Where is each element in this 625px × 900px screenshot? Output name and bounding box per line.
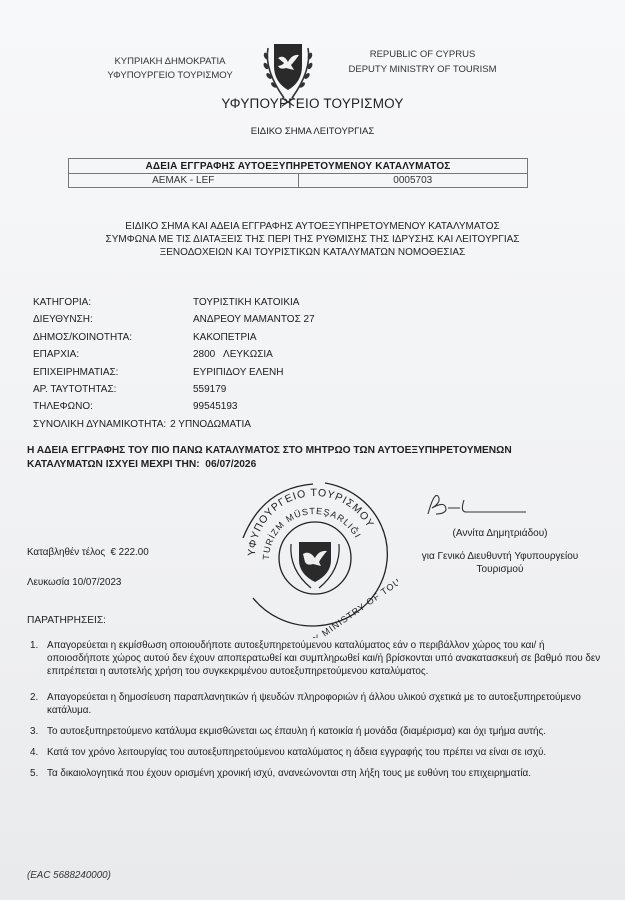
detail-value: 2 ΥΠΝΟΔΩΜΑΤΙΑ bbox=[170, 416, 251, 433]
detail-value: 2800 ΛΕΥΚΩΣΙΑ bbox=[193, 346, 273, 363]
remark-text: Το αυτοεξυπηρετούμενο κατάλυμα εκμισθώνε… bbox=[47, 725, 605, 738]
detail-row-operator: ΕΠΙΧΕΙΡΗΜΑΤΙΑΣ: ΕΥΡΙΠΙΔΟΥ ΕΛΕΝΗ bbox=[33, 364, 315, 381]
remark-text: Τα δικαιολογητικά που έχουν ορισμένη χρο… bbox=[47, 767, 605, 780]
document-subtitle: ΕΙΔΙΚΟ ΣΗΜΑ ΛΕΙΤΟΥΡΓΙΑΣ bbox=[0, 126, 625, 137]
signatory-role-line: Τουρισμού bbox=[380, 563, 620, 576]
validity-prefix: ΚΑΤΑΛΥΜΑΤΩΝ ΙΣΧΥΕΙ ΜΕΧΡΙ ΤΗΝ: bbox=[27, 459, 200, 470]
preamble-line: ΣΥΜΦΩΝΑ ΜΕ ΤΙΣ ΔΙΑΤΑΞΕΙΣ ΤΗΣ ΠΕΡΙ ΤΗΣ ΡΥ… bbox=[30, 233, 595, 246]
detail-label: ΕΠΙΧΕΙΡΗΜΑΤΙΑΣ: bbox=[33, 364, 193, 381]
detail-row-id-number: ΑΡ. ΤΑΥΤΟΤΗΤΑΣ: 559179 bbox=[33, 381, 315, 398]
detail-label: ΕΠΑΡΧΙΑ: bbox=[33, 346, 193, 363]
header-right-block: REPUBLIC OF CYPRUS DEPUTY MINISTRY OF TO… bbox=[330, 47, 515, 77]
fee-label: Καταβληθέν τέλος bbox=[27, 547, 105, 558]
preamble-line: ΕΙΔΙΚΟ ΣΗΜΑ ΚΑΙ ΑΔΕΙΑ ΕΓΓΡΑΦΗΣ ΑΥΤΟΕΞΥΠΗ… bbox=[30, 220, 595, 233]
detail-label: ΣΥΝΟΛΙΚΗ ΔΥΝΑΜΙΚΟΤΗΤΑ: bbox=[33, 416, 166, 433]
signatory-role: για Γενικό Διευθυντή Υφυπουργείου Τουρισ… bbox=[380, 550, 620, 576]
header-left-block: ΚΥΠΡΙΑΚΗ ΔΗΜΟΚΡΑΤΙΑ ΥΦΥΠΟΥΡΓΕΙΟ ΤΟΥΡΙΣΜΟ… bbox=[95, 55, 245, 83]
valid-until-date: 06/07/2026 bbox=[205, 459, 256, 470]
validity-statement: Η ΑΔΕΙΑ ΕΓΓΡΑΦΗΣ ΤΟΥ ΠΙΟ ΠΑΝΩ ΚΑΤΑΛΥΜΑΤΟ… bbox=[27, 444, 607, 472]
licence-heading: ΑΔΕΙΑ ΕΓΓΡΑΦΗΣ ΑΥΤΟΕΞΥΠΗΡΕΤΟΥΜΕΝΟΥ ΚΑΤΑΛ… bbox=[69, 159, 527, 174]
remark-item: 5. Τα δικαιολογητικά που έχουν ορισμένη … bbox=[30, 767, 605, 780]
detail-row-capacity: ΣΥΝΟΛΙΚΗ ΔΥΝΑΜΙΚΟΤΗΤΑ: 2 ΥΠΝΟΔΩΜΑΤΙΑ bbox=[33, 416, 315, 433]
remark-number: 2. bbox=[30, 691, 47, 717]
ministry-name-english: DEPUTY MINISTRY OF TOURISM bbox=[330, 62, 515, 77]
preamble-line: ΞΕΝΟΔΟΧΕΙΩΝ ΚΑΙ ΤΟΥΡΙΣΤΙΚΩΝ ΚΑΤΑΛΥΜΑΤΩΝ … bbox=[30, 246, 595, 259]
detail-label: ΔΗΜΟΣ/ΚΟΙΝΟΤΗΤΑ: bbox=[33, 329, 193, 346]
signatory-name: (Αννίτα Δημητριάδου) bbox=[410, 528, 590, 539]
remark-text: Απαγορεύεται η δημοσίευση παραπλανητικών… bbox=[47, 691, 605, 717]
detail-label: ΤΗΛΕΦΩΝΟ: bbox=[33, 398, 193, 415]
detail-row-address: ΔΙΕΥΘΥΝΣΗ: ΑΝΔΡΕΟΥ ΜΑΜΑΝΤΟΣ 27 bbox=[33, 311, 315, 328]
remark-number: 4. bbox=[30, 746, 47, 759]
republic-name-greek: ΚΥΠΡΙΑΚΗ ΔΗΜΟΚΡΑΤΙΑ bbox=[95, 55, 245, 69]
remark-item: 2. Απαγορεύεται η δημοσίευση παραπλανητι… bbox=[30, 691, 605, 717]
detail-label: ΚΑΤΗΓΟΡΙΑ: bbox=[33, 294, 193, 311]
licence-box: ΑΔΕΙΑ ΕΓΓΡΑΦΗΣ ΑΥΤΟΕΞΥΠΗΡΕΤΟΥΜΕΝΟΥ ΚΑΤΑΛ… bbox=[68, 158, 528, 188]
signature-icon bbox=[420, 490, 530, 520]
remarks-list: 1. Απαγορεύεται η εκμίσθωση οποιουδήποτε… bbox=[30, 639, 605, 788]
place-date: Λευκωσία 10/07/2023 bbox=[27, 577, 121, 588]
detail-row-category: ΚΑΤΗΓΟΡΙΑ: ΤΟΥΡΙΣΤΙΚΗ ΚΑΤΟΙΚΙΑ bbox=[33, 294, 315, 311]
property-details: ΚΑΤΗΓΟΡΙΑ: ΤΟΥΡΙΣΤΙΚΗ ΚΑΤΟΙΚΙΑ ΔΙΕΥΘΥΝΣΗ… bbox=[33, 294, 315, 433]
detail-value: ΚΑΚΟΠΕΤΡΙΑ bbox=[193, 329, 257, 346]
detail-row-municipality: ΔΗΜΟΣ/ΚΟΙΝΟΤΗΤΑ: ΚΑΚΟΠΕΤΡΙΑ bbox=[33, 329, 315, 346]
fee-amount: € 222.00 bbox=[111, 547, 149, 558]
licence-number: 0005703 bbox=[298, 174, 528, 187]
detail-value: 99545193 bbox=[193, 398, 238, 415]
validity-line-2: ΚΑΤΑΛΥΜΑΤΩΝ ΙΣΧΥΕΙ ΜΕΧΡΙ ΤΗΝ: 06/07/2026 bbox=[27, 458, 607, 472]
licence-code: AEMAK - LEF bbox=[69, 174, 298, 187]
remark-number: 5. bbox=[30, 767, 47, 780]
official-stamp-icon: ΥΦΥΠΟΥΡΓΕΙΟ ΤΟΥΡΙΣΜΟΥ TURİZM MÜSTEŞARLIĞ… bbox=[233, 478, 398, 638]
republic-name-english: REPUBLIC OF CYPRUS bbox=[330, 47, 515, 62]
detail-row-phone: ΤΗΛΕΦΩΝΟ: 99545193 bbox=[33, 398, 315, 415]
licence-row: AEMAK - LEF 0005703 bbox=[69, 174, 527, 187]
detail-row-district: ΕΠΑΡΧΙΑ: 2800 ΛΕΥΚΩΣΙΑ bbox=[33, 346, 315, 363]
remark-number: 1. bbox=[30, 639, 47, 678]
detail-label: ΔΙΕΥΘΥΝΣΗ: bbox=[33, 311, 193, 328]
remark-number: 3. bbox=[30, 725, 47, 738]
validity-line: Η ΑΔΕΙΑ ΕΓΓΡΑΦΗΣ ΤΟΥ ΠΙΟ ΠΑΝΩ ΚΑΤΑΛΥΜΑΤΟ… bbox=[27, 444, 607, 458]
remark-item: 1. Απαγορεύεται η εκμίσθωση οποιουδήποτε… bbox=[30, 639, 605, 678]
ministry-title: ΥΦΥΠΟΥΡΓΕΙΟ ΤΟΥΡΙΣΜΟΥ bbox=[0, 96, 625, 111]
eac-code: (EAC 5688240000) bbox=[27, 870, 111, 881]
fee-paid: Καταβληθέν τέλος € 222.00 bbox=[27, 547, 149, 558]
detail-value: 559179 bbox=[193, 381, 226, 398]
preamble: ΕΙΔΙΚΟ ΣΗΜΑ ΚΑΙ ΑΔΕΙΑ ΕΓΓΡΑΦΗΣ ΑΥΤΟΕΞΥΠΗ… bbox=[30, 220, 595, 259]
signatory-role-line: για Γενικό Διευθυντή Υφυπουργείου bbox=[380, 550, 620, 563]
remark-item: 3. Το αυτοεξυπηρετούμενο κατάλυμα εκμισθ… bbox=[30, 725, 605, 738]
detail-value: ΤΟΥΡΙΣΤΙΚΗ ΚΑΤΟΙΚΙΑ bbox=[193, 294, 299, 311]
remark-item: 4. Κατά τον χρόνο λειτουργίας του αυτοεξ… bbox=[30, 746, 605, 759]
detail-value: ΕΥΡΙΠΙΔΟΥ ΕΛΕΝΗ bbox=[193, 364, 283, 381]
ministry-name-greek: ΥΦΥΠΟΥΡΓΕΙΟ ΤΟΥΡΙΣΜΟΥ bbox=[95, 69, 245, 83]
remark-text: Κατά τον χρόνο λειτουργίας του αυτοεξυπη… bbox=[47, 746, 605, 759]
detail-label: ΑΡ. ΤΑΥΤΟΤΗΤΑΣ: bbox=[33, 381, 193, 398]
detail-value: ΑΝΔΡΕΟΥ ΜΑΜΑΝΤΟΣ 27 bbox=[193, 311, 315, 328]
remarks-heading: ΠΑΡΑΤΗΡΗΣΕΙΣ: bbox=[27, 615, 106, 626]
remark-text: Απαγορεύεται η εκμίσθωση οποιουδήποτε αυ… bbox=[47, 639, 605, 678]
